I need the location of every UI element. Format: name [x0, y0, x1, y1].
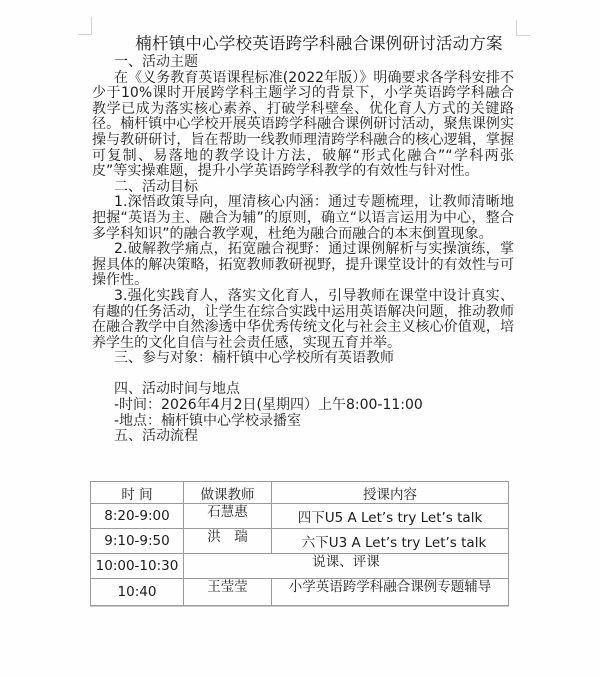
cell-time: 10:00-10:30	[91, 554, 184, 579]
activity-schedule-table: 时 间 做课教师 授课内容 8:20-9:00 石慧惠 四下U5 A Let’s…	[90, 481, 509, 606]
table-row: 8:20-9:00 石慧惠 四下U5 A Let’s try Let’s tal…	[91, 504, 509, 529]
cell-teacher: 王莹莹	[184, 579, 272, 606]
cell-merged-activity: 说课、评课	[184, 554, 509, 579]
activity-time: -时间：2026年4月2日(星期四）上午8:00-11:00	[92, 398, 514, 414]
section-4-heading: 四、活动时间与地点	[92, 382, 514, 398]
cell-time: 8:20-9:00	[91, 504, 184, 529]
cell-content: 四下U5 A Let’s try Let’s talk	[272, 504, 509, 529]
cell-teacher: 石慧惠	[184, 504, 272, 529]
goal-1: 1.深悟政策导向，厘清核心内涵：通过专题梳理，让教师清晰地把握“英语为主、融合为…	[92, 195, 514, 242]
section-5-heading: 五、活动流程	[92, 429, 514, 445]
cell-teacher: 洪 瑞	[184, 529, 272, 554]
page-corner-mark-top-right	[516, 20, 530, 36]
table-header-row: 时 间 做课教师 授课内容	[91, 482, 509, 504]
header-time: 时 间	[91, 482, 184, 504]
cell-content: 小学英语跨学科融合课例专题辅导	[272, 579, 509, 606]
document-title: 楠杆镇中心学校英语跨学科融合课例研讨活动方案	[92, 33, 514, 55]
section-1-body: 在《义务教育英语课程标准(2022年版）》明确要求各学科安排不少于10%课时开展…	[92, 71, 514, 180]
table-row: 10:40 王莹莹 小学英语跨学科融合课例专题辅导	[91, 579, 509, 606]
cell-time: 9:10-9:50	[91, 529, 184, 554]
table-row: 9:10-9:50 洪 瑞 六下U3 A Let’s try Let’s tal…	[91, 529, 509, 554]
page-corner-mark-top-left	[78, 17, 92, 35]
goal-2: 2.破解教学痛点，拓宽融合视野：通过课例解析与实操演练，掌握具体的解决策略，拓宽…	[92, 242, 514, 289]
goal-3: 3.强化实践育人，落实文化育人，引导教师在课堂中设计真实、有趣的任务活动，让学生…	[92, 289, 514, 351]
header-content: 授课内容	[272, 482, 509, 504]
cell-time: 10:40	[91, 579, 184, 606]
table-row: 10:00-10:30 说课、评课	[91, 554, 509, 579]
header-teacher: 做课教师	[184, 482, 272, 504]
section-2-heading: 二、活动目标	[92, 180, 514, 196]
section-1-heading: 一、活动主题	[92, 55, 514, 71]
section-3-heading: 三、参与对象：楠杆镇中心学校所有英语教师	[92, 351, 514, 367]
cell-content: 六下U3 A Let’s try Let’s talk	[272, 529, 509, 554]
document-page: 楠杆镇中心学校英语跨学科融合课例研讨活动方案 一、活动主题 在《义务教育英语课程…	[92, 33, 514, 445]
activity-place: -地点：楠杆镇中心学校录播室	[92, 414, 514, 430]
